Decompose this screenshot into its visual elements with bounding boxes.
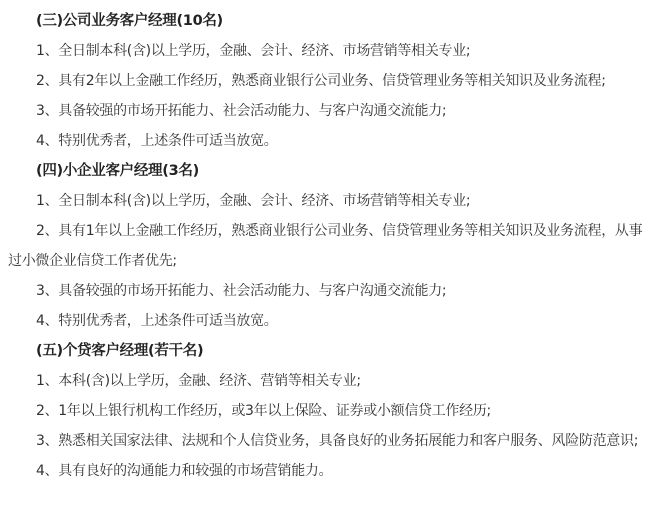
requirement-item: 4、具有良好的沟通能力和较强的市场营销能力。 — [8, 456, 647, 486]
section-heading-5: (五)个贷客户经理(若干名) — [8, 336, 647, 366]
requirement-item: 2、1年以上银行机构工作经历，或3年以上保险、证券或小额信贷工作经历; — [8, 396, 647, 426]
requirement-item: 3、具备较强的市场开拓能力、社会活动能力、与客户沟通交流能力; — [8, 276, 647, 306]
requirement-item: 1、全日制本科(含)以上学历，金融、会计、经济、市场营销等相关专业; — [8, 186, 647, 216]
requirement-item: 2、具有2年以上金融工作经历，熟悉商业银行公司业务、信贷管理业务等相关知识及业务… — [8, 66, 647, 96]
section-heading-4: (四)小企业客户经理(3名) — [8, 156, 647, 186]
section-heading-3: (三)公司业务客户经理(10名) — [8, 6, 647, 36]
requirement-item: 1、全日制本科(含)以上学历，金融、会计、经济、市场营销等相关专业; — [8, 36, 647, 66]
requirement-item: 3、熟悉相关国家法律、法规和个人信贷业务，具备良好的业务拓展能力和客户服务、风险… — [8, 426, 647, 456]
requirement-item: 1、本科(含)以上学历，金融、经济、营销等相关专业; — [8, 366, 647, 396]
requirement-item: 3、具备较强的市场开拓能力、社会活动能力、与客户沟通交流能力; — [8, 96, 647, 126]
requirement-item: 4、特别优秀者，上述条件可适当放宽。 — [8, 306, 647, 336]
requirement-item: 2、具有1年以上金融工作经历，熟悉商业银行公司业务、信贷管理业务等相关知识及业务… — [8, 216, 647, 276]
document-body: (三)公司业务客户经理(10名) 1、全日制本科(含)以上学历，金融、会计、经济… — [0, 0, 655, 486]
requirement-item: 4、特别优秀者，上述条件可适当放宽。 — [8, 126, 647, 156]
